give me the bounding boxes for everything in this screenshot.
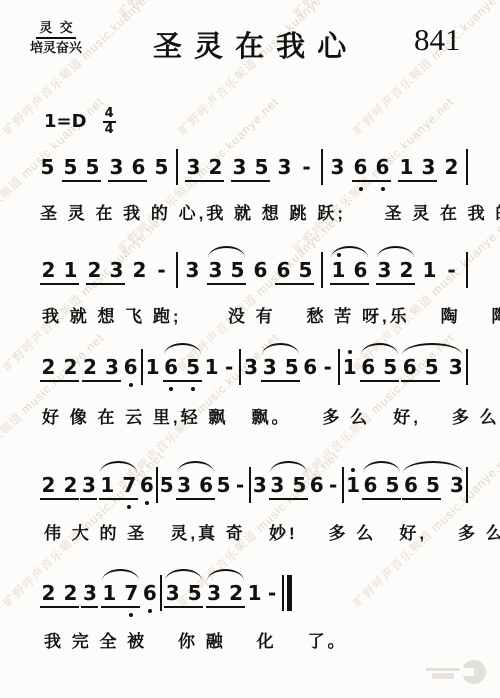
beam-slurred: 16	[330, 259, 369, 285]
note: 6	[139, 474, 154, 496]
note: 6	[164, 356, 179, 378]
lyric-line-5: 我 完 全 被 你 融 化 了。	[44, 627, 348, 652]
beam: 22	[40, 474, 79, 500]
beam: 66	[352, 156, 391, 182]
dash-note: -	[299, 156, 314, 178]
note: 2	[63, 356, 78, 378]
note: 3	[449, 474, 464, 496]
beam-slurred: 65	[163, 356, 202, 382]
beam-slurred: 35	[261, 356, 300, 382]
note: 1	[247, 582, 262, 604]
note: 6	[303, 356, 318, 378]
note: 3	[105, 356, 120, 378]
key-signature-label: 1=D	[44, 111, 87, 132]
note: 6	[353, 259, 368, 281]
note: 2	[444, 156, 459, 178]
note: 5	[187, 582, 202, 604]
barline	[466, 349, 468, 385]
barline	[338, 349, 340, 385]
final-bar-thin	[282, 575, 284, 611]
time-signature: 4 4	[103, 107, 116, 136]
note: 5	[154, 156, 169, 178]
lyric-line-2: 我 就 想 飞 跑; 没 有 愁 苦 呀,乐 陶 陶;	[42, 302, 500, 327]
key-signature: 1=D 4 4	[44, 107, 116, 136]
note: 5	[385, 474, 400, 496]
note: 2	[63, 474, 78, 496]
note: 3	[277, 156, 292, 178]
beam: 55	[62, 156, 101, 182]
logo-text-block	[432, 673, 454, 679]
beam: 21	[40, 259, 79, 285]
note: 3	[270, 474, 285, 496]
note: 1	[399, 156, 414, 178]
note: 2	[41, 582, 56, 604]
beam: 13	[398, 156, 437, 182]
beam: 35	[231, 156, 270, 182]
note: 6	[131, 156, 146, 178]
note: 1	[102, 582, 117, 604]
beam-slurred: 35	[164, 582, 203, 608]
note: 1	[100, 474, 115, 496]
notation-line-2: 21232-33566516321-	[40, 259, 468, 285]
hymn-number: 841	[414, 22, 461, 58]
dash-note: -	[265, 582, 280, 604]
note: 5	[425, 474, 440, 496]
note: 5	[424, 356, 439, 378]
notation-line-1: 55536532353-366132	[40, 156, 468, 182]
note: 1	[145, 356, 160, 378]
logo-disc-icon	[462, 660, 486, 684]
dash-note: -	[233, 474, 248, 496]
note: 3	[232, 156, 247, 178]
category-bottom-label: 培灵奋兴	[30, 40, 82, 56]
beam: 3	[81, 582, 98, 608]
note: 7	[124, 582, 139, 604]
note: 3	[177, 474, 192, 496]
page-title: 圣 灵 在 我 心	[153, 24, 348, 65]
note: 3	[421, 156, 436, 178]
note: 6	[353, 156, 368, 178]
dash-note: -	[444, 259, 459, 281]
dash-note: -	[326, 474, 341, 496]
barline	[156, 467, 158, 503]
note: 5	[230, 259, 245, 281]
note: 5	[186, 356, 201, 378]
beam-slurred: 17	[99, 474, 138, 500]
final-bar-thick	[287, 575, 292, 611]
note: 3	[330, 156, 345, 178]
hymn-sheet: 灵 交 培灵奋兴 圣 灵 在 我 心 841 1=D 4 4 555365323…	[0, 0, 500, 698]
barline	[249, 467, 251, 503]
beam: 32	[185, 156, 224, 182]
note: 2	[399, 259, 414, 281]
beam-slurred: 35	[207, 259, 246, 285]
note: 6	[199, 474, 214, 496]
beam-slurred: 36	[176, 474, 215, 500]
note: 2	[208, 156, 223, 178]
note: 3	[377, 259, 392, 281]
barline	[160, 575, 162, 611]
lyric-line-4: 伟 大 的 圣 灵,真 奇 妙! 多 么 好, 多 么 美!	[44, 519, 500, 544]
note: 5	[254, 156, 269, 178]
beam: 36	[108, 156, 147, 182]
note: 5	[40, 156, 55, 178]
note: 3	[208, 259, 223, 281]
slur-group: 653	[402, 474, 464, 500]
kuanye-logo	[426, 656, 488, 690]
beam: 65	[401, 356, 440, 382]
category-top-label: 灵 交	[36, 20, 75, 39]
note: 6	[402, 356, 417, 378]
note: 6	[309, 474, 324, 496]
note: 6	[276, 259, 291, 281]
notation-line-3: 222361651-3356-165653	[40, 356, 468, 382]
note: 1	[342, 356, 357, 378]
lyric-line-1: 圣 灵 在 我 的 心,我 就 想 跳 跃; 圣 灵 在 我 的 心,	[40, 199, 500, 224]
barline	[466, 149, 468, 185]
beam-slurred: 65	[362, 474, 401, 500]
beam: 22	[40, 356, 79, 382]
dash-note: -	[154, 259, 169, 281]
beam-slurred: 35	[269, 474, 308, 500]
note: 3	[81, 474, 96, 496]
note: 2	[63, 582, 78, 604]
note: 3	[109, 156, 124, 178]
note: 1	[331, 259, 346, 281]
note: 1	[422, 259, 437, 281]
note: 2	[229, 582, 244, 604]
final-barline	[282, 575, 292, 611]
beam-slurred: 17	[101, 582, 140, 608]
note: 6	[361, 356, 376, 378]
note: 3	[448, 356, 463, 378]
beam: 23	[86, 259, 125, 285]
note: 6	[142, 582, 157, 604]
barline	[466, 252, 468, 288]
note: 3	[207, 582, 222, 604]
note: 5	[159, 474, 174, 496]
barline	[321, 149, 323, 185]
beam: 3	[80, 474, 97, 500]
note: 1	[204, 356, 219, 378]
note: 2	[41, 356, 56, 378]
note: 1	[63, 259, 78, 281]
lyric-line-3: 好 像 在 云 里,轻 飘 飘。 多 么 好, 多 么 美!	[42, 403, 500, 428]
hymn-category: 灵 交 培灵奋兴	[30, 20, 82, 57]
note: 6	[375, 156, 390, 178]
note: 5	[284, 356, 299, 378]
note: 6	[253, 259, 268, 281]
note: 7	[122, 474, 137, 496]
barline	[176, 149, 178, 185]
logo-bar-icon	[426, 668, 460, 671]
dash-note: -	[320, 356, 335, 378]
barline	[342, 467, 344, 503]
note: 5	[292, 474, 307, 496]
note: 2	[132, 259, 147, 281]
note: 3	[185, 259, 200, 281]
time-signature-denominator: 4	[103, 123, 116, 137]
beam-slurred: 32	[206, 582, 245, 608]
note: 3	[244, 356, 259, 378]
notation-line-5: 22317635321-	[40, 582, 292, 608]
barline	[239, 349, 241, 385]
note: 5	[298, 259, 313, 281]
barline	[466, 467, 468, 503]
note: 5	[383, 356, 398, 378]
slur-group: 653	[401, 356, 463, 382]
barline	[176, 252, 178, 288]
note: 6	[123, 356, 138, 378]
note: 5	[216, 474, 231, 496]
note: 5	[85, 156, 100, 178]
time-signature-numerator: 4	[103, 107, 116, 123]
barline	[141, 349, 143, 385]
note: 6	[403, 474, 418, 496]
note: 3	[186, 156, 201, 178]
note: 2	[83, 356, 98, 378]
note: 6	[363, 474, 378, 496]
note: 2	[87, 259, 102, 281]
beam: 65	[402, 474, 441, 500]
barline	[321, 252, 323, 288]
note: 2	[41, 259, 56, 281]
note: 2	[41, 474, 56, 496]
beam-slurred: 65	[360, 356, 399, 382]
note: 1	[346, 474, 361, 496]
beam: 22	[40, 582, 79, 608]
beam-slurred: 32	[376, 259, 415, 285]
note: 3	[252, 474, 267, 496]
notation-line-4: 2231765365-3356-165653	[40, 474, 468, 500]
beam: 23	[82, 356, 121, 382]
note: 3	[262, 356, 277, 378]
note: 3	[165, 582, 180, 604]
note: 3	[82, 582, 97, 604]
beam: 65	[275, 259, 314, 285]
dash-note: -	[222, 356, 237, 378]
note: 5	[63, 156, 78, 178]
note: 3	[109, 259, 124, 281]
